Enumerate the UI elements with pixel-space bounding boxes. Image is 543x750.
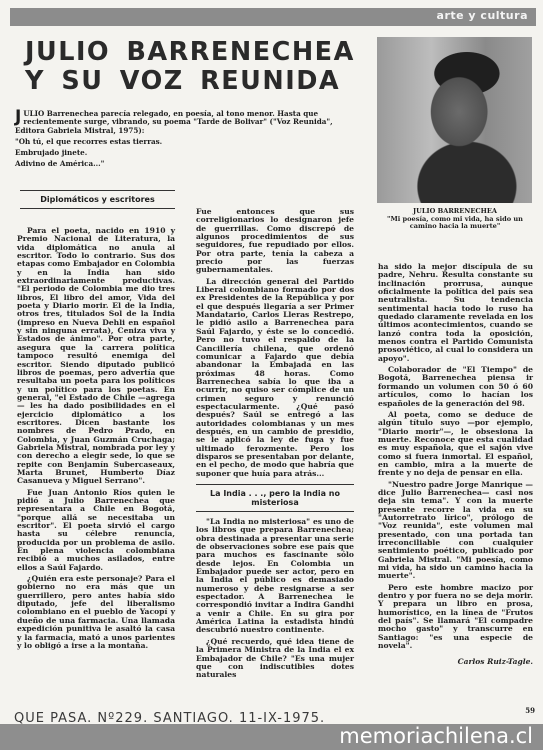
paragraph: Fue Juan Antonio Ríos quien le pidió a J… <box>17 489 175 572</box>
paragraph: Pero este hombre macizo por dentro y por… <box>378 584 533 651</box>
article-lead: J ULIO Barrenechea parecía relegado, en … <box>15 110 355 172</box>
lead-verse: "Oh tú, el que recorres estas tierras. E… <box>15 138 355 169</box>
verse-line: "Oh tú, el que recorres estas tierras. <box>15 138 355 146</box>
photo-caption: JULIO BARRENECHEA "Mi poesía, como mi vi… <box>380 208 530 231</box>
subhead-diplomaticos: Diplomáticos y escritores <box>20 190 175 209</box>
paragraph: Al poeta, como se deduce de algún título… <box>378 411 533 478</box>
verse-line: Embrujado jinete. <box>15 149 355 157</box>
watermark-bar: memoriachilena.cl <box>0 724 543 750</box>
lead-text: ULIO Barrenechea parecía relegado, en po… <box>15 109 333 135</box>
caption-quote: "Mi poesía, como mi vida, ha sido un cam… <box>380 216 530 231</box>
article-column-2: Fue entonces que sus correligionarios lo… <box>196 208 354 683</box>
paragraph: "Nuestro padre Jorge Manrique —dice Juli… <box>378 481 533 581</box>
paragraph: Fue entonces que sus correligionarios lo… <box>196 208 354 275</box>
headline-line-1: JULIO BARRENECHEA <box>25 38 355 67</box>
paragraph: ¿Quién era este personaje? Para el gobie… <box>17 575 175 650</box>
author-signature: Carlos Ruiz-Tagle. <box>378 658 533 666</box>
watermark-text: memoriachilena.cl <box>339 724 533 748</box>
page-number: 59 <box>525 706 535 715</box>
section-tag: arte y cultura <box>437 9 528 22</box>
paragraph: ha sido la mejor discípula de su padre, … <box>378 263 533 363</box>
drop-cap: J <box>15 110 21 124</box>
paragraph: Colaborador de "El Tiempo" de Bogotá, Ba… <box>378 366 533 408</box>
verse-line: Adivino de América..." <box>15 160 355 168</box>
headline-line-2: Y SU VOZ REUNIDA <box>25 67 355 96</box>
portrait-photo <box>377 37 532 203</box>
paragraph: ¿Qué recuerdo, qué idea tiene de la Prim… <box>196 638 354 680</box>
paragraph: Para el poeta, nacido en 1910 y Premio N… <box>17 227 175 486</box>
paragraph: "La India no misteriosa" es uno de los l… <box>196 518 354 635</box>
article-headline: JULIO BARRENECHEA Y SU VOZ REUNIDA <box>25 38 355 96</box>
article-column-3: ha sido la mejor discípula de su padre, … <box>378 263 533 667</box>
article-column-1: Para el poeta, nacido en 1910 y Premio N… <box>17 227 175 653</box>
section-header-bar: arte y cultura <box>10 8 536 26</box>
subhead-india: La India . . ., pero la India no misteri… <box>196 484 354 512</box>
paragraph: La dirección general del Partido Liberal… <box>196 278 354 478</box>
